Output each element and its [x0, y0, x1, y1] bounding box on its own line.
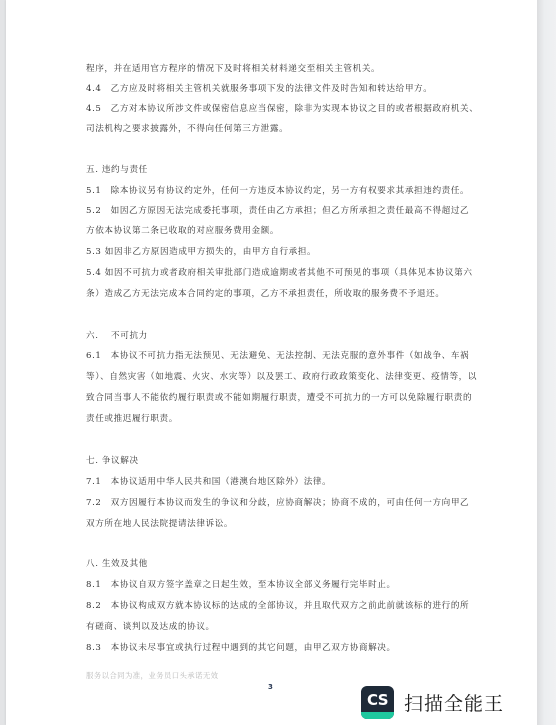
watermark-app-name: 扫描全能王 [404, 689, 504, 716]
document-line: 司法机构之要求披露外，不得向任何第三方泄露。 [86, 123, 288, 135]
document-line: 八. 生效及其他 [86, 558, 148, 570]
document-line: 5.1 除本协议另有协议约定外，任何一方违反本协议约定，另一方有权要求其承担违约… [86, 185, 469, 197]
camscanner-watermark: CS 扫描全能王 [356, 680, 537, 725]
document-line: 等）、自然灾害（如地震、火灾、水灾等）以及罢工、政府行政政策变化、法律变更、疫情… [86, 371, 477, 383]
document-line: 8.2 本协议构成双方就本协议标的达成的全部协议，并且取代双方之前此前就该标的进… [86, 600, 469, 612]
logo-text: CS [367, 691, 388, 709]
document-line: 6.1 本协议不可抗力指无法预见、无法避免、无法控制、无法克服的意外事件（如战争… [86, 350, 469, 362]
document-line: 7.2 双方因履行本协议而发生的争议和分歧，应协商解决；协商不成的，可由任何一方… [86, 497, 469, 509]
page-number: 3 [268, 683, 273, 691]
document-line: 4.4 乙方应及时将相关主管机关就服务事项下发的法律文件及时告知和转达给甲方。 [86, 83, 432, 95]
document-line: 双方所在地人民法院提请法律诉讼。 [86, 518, 233, 530]
footer-note: 服务以合同为准，业务员口头承诺无效 [86, 670, 218, 681]
document-line: 方依本协议第二条已收取的对应服务费用金额。 [86, 225, 279, 237]
document-line: 5.3 如因非乙方原因造成甲方损失的，由甲方自行承担。 [86, 246, 316, 258]
document-line: 条）造成乙方无法完成本合同约定的事项，乙方不承担责任，所收取的服务费不予退还。 [86, 288, 445, 300]
document-line: 4.5 乙方对本协议所涉文件或保密信息应当保密，除非为实现本协议之目的或者根据政… [86, 103, 478, 115]
document-line: 七. 争议解决 [86, 455, 139, 467]
viewer-scroll-gutter[interactable] [537, 0, 556, 725]
document-page: 程序，并在适用官方程序的情况下及时将相关材料递交至相关主管机关。4.4 乙方应及… [6, 0, 537, 725]
document-line: 五. 违约与责任 [86, 164, 148, 176]
document-line: 六. 不可抗力 [86, 330, 148, 342]
document-line: 致合同当事人不能依约履行职责或不能如期履行职责，遭受不可抗力的一方可以免除履行职… [86, 392, 472, 404]
document-line: 5.2 如因乙方原因无法完成委托事项，责任由乙方承担；但乙方所承担之责任最高不得… [86, 205, 469, 217]
document-line: 7.1 本协议适用中华人民共和国（港澳台地区除外）法律。 [86, 476, 331, 488]
document-line: 有磋商、谈判以及达成的协议。 [86, 621, 215, 633]
document-line: 8.1 本协议自双方签字盖章之日起生效，至本协议全部义务履行完毕时止。 [86, 579, 396, 591]
document-line: 程序，并在适用官方程序的情况下及时将相关材料递交至相关主管机关。 [86, 63, 380, 75]
logo-accent-band [361, 712, 394, 719]
document-line: 5.4 如因不可抗力或者政府相关审批部门造成逾期或者其他不可预见的事项（具体见本… [86, 267, 473, 279]
document-line: 责任或推迟履行职责。 [86, 413, 178, 425]
camscanner-logo-icon: CS [361, 686, 394, 719]
document-line: 8.3 本协议未尽事宜或执行过程中遇到的其它问题，由甲乙双方协商解决。 [86, 642, 396, 654]
